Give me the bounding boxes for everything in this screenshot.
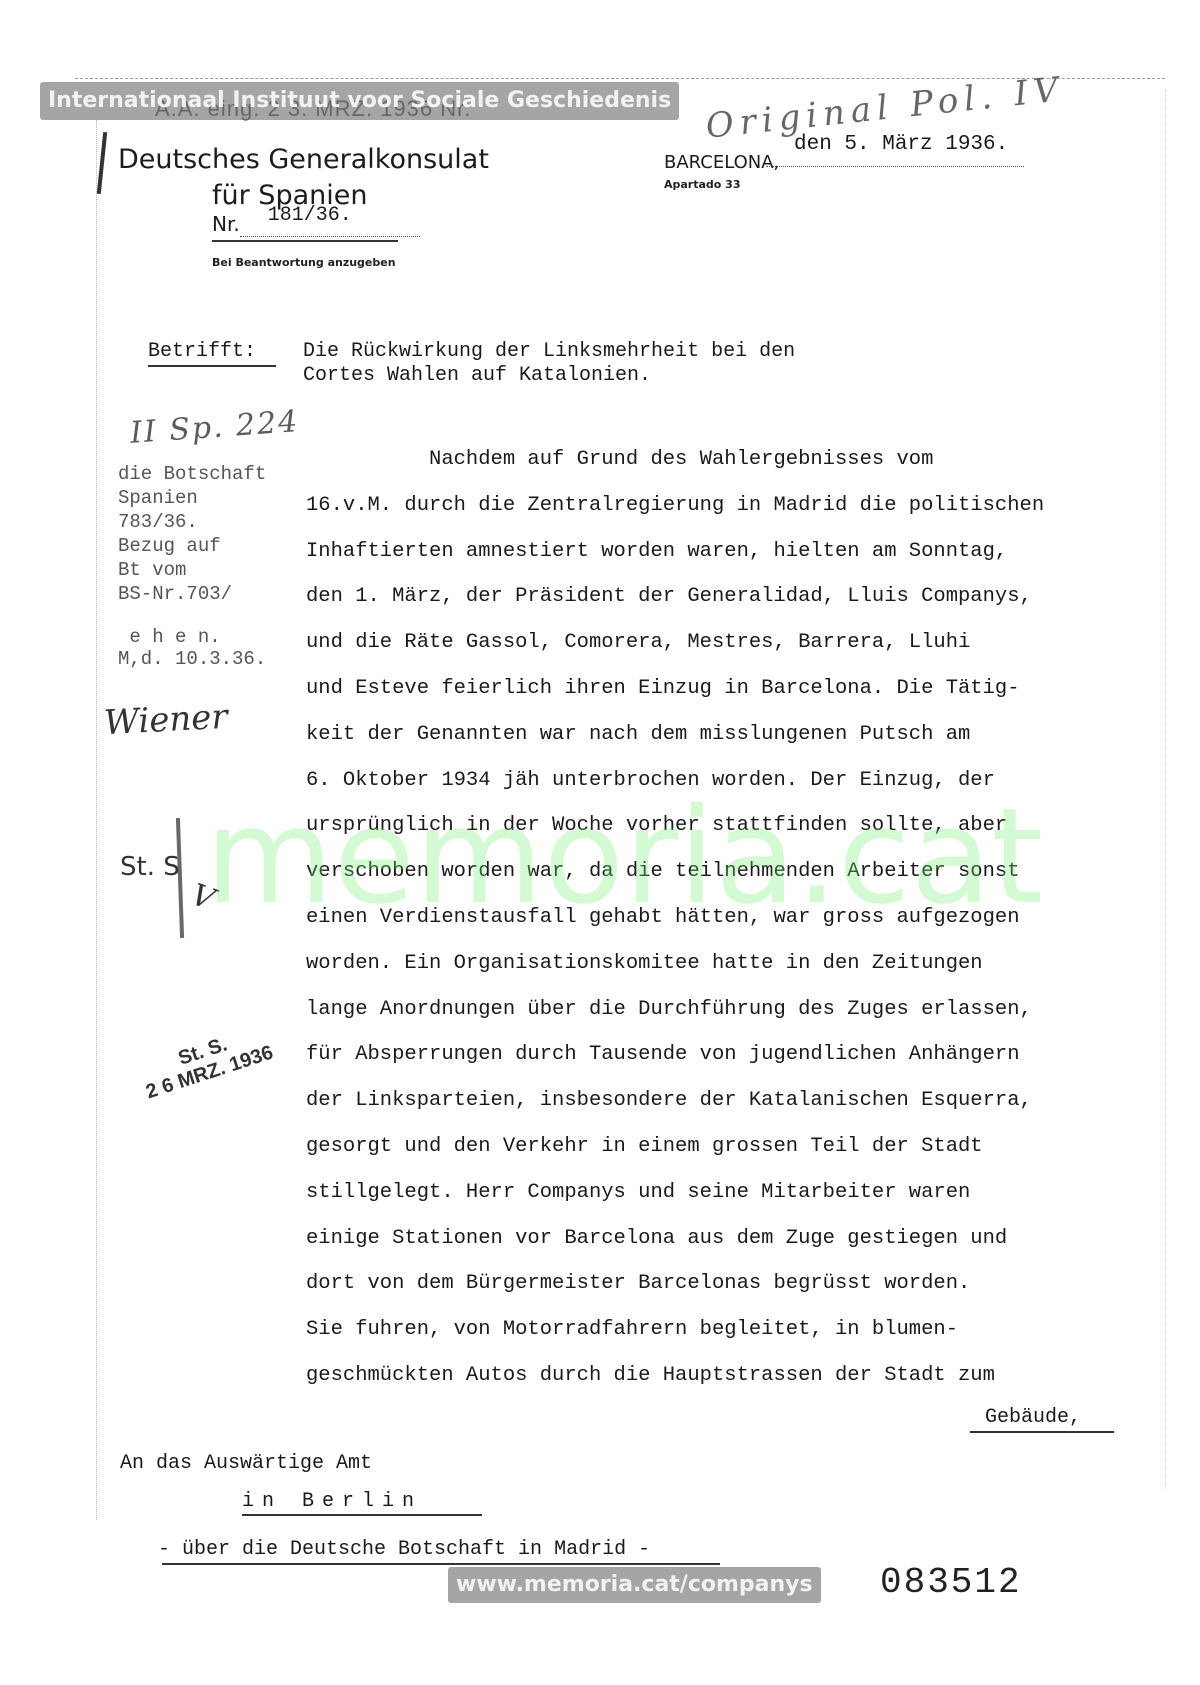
body-line: der Linksparteien, insbesondere der Kata… [306,1078,1166,1124]
letter-date: den 5. März 1936. [794,133,1008,156]
margin-date-stamp: St. S. 2 6 MRZ. 1936 [136,1021,275,1104]
subject-label: Betrifft: [148,340,256,363]
body-line: gesorgt und den Verkehr in einem grossen… [306,1124,1166,1170]
body-line: worden. Ein Organisationskomitee hatte i… [306,941,1166,987]
date-dotted-line [766,166,1024,167]
body-line: Nachdem auf Grund des Wahlergebnisses vo… [306,437,1166,483]
body-line: 6. Oktober 1934 jäh unterbrochen worden.… [306,758,1166,804]
letterhead-bracket-mark [97,132,107,194]
archive-watermark-top: Internationaal Instituut voor Sociale Ge… [40,82,679,120]
body-line: verschoben worden war, da die teilnehmen… [306,849,1166,895]
memoria-url-watermark[interactable]: www.memoria.cat/companys [448,1567,821,1603]
po-box: Apartado 33 [664,178,740,191]
margin-signature: Wiener [103,697,229,743]
body-line: 16.v.M. durch die Zentralregierung in Ma… [306,483,1166,529]
body-line: und die Räte Gassol, Comorera, Mestres, … [306,620,1166,666]
recipient-line-3: - über die Deutsche Botschaft in Madrid … [158,1538,650,1561]
left-page-edge [96,120,97,1520]
reference-hint: Bei Beantwortung anzugeben [212,256,396,269]
body-line: den 1. März, der Präsident der Generalid… [306,574,1166,620]
margin-typed-notes-2: e h e n. M,d. 10.3.36. [118,626,266,670]
body-line: Sie fuhren, von Motorradfahrern begleite… [306,1307,1166,1353]
reference-value: 181/36. [268,204,352,227]
margin-handwritten-reference: II Sp. 224 [129,404,300,451]
body-line: geschmückten Autos durch die Hauptstrass… [306,1353,1166,1399]
continuation-word: Gebäude, [985,1406,1081,1429]
recipient-line-1: An das Auswärtige Amt [120,1452,372,1475]
recipient-line-3-underline [162,1563,720,1565]
margin-paraph-initials: V [187,877,219,917]
reference-dotted-field: 181/36. [240,212,420,237]
body-line: für Absperrungen durch Tausende von juge… [306,1032,1166,1078]
margin-paraph-stroke [176,818,184,938]
reference-underline [212,240,398,242]
document-page: A.A. eing. 2 3. MRZ. 1936 Nr. Internatio… [0,0,1200,1685]
body-line: lange Anordnungen über die Durchführung … [306,987,1166,1033]
body-line: einen Verdienstausfall gehabt hätten, wa… [306,895,1166,941]
letterhead-title: Deutsches Generalkonsulat [118,144,489,175]
place: BARCELONA, [664,152,779,173]
recipient-line-2-underline [242,1514,482,1516]
recipient-line-2: in Berlin [242,1490,422,1513]
reference-label: Nr. [212,212,240,236]
reference-number: Nr.181/36. [212,212,420,237]
subject-text: Die Rückwirkung der Linksmehrheit bei de… [303,340,795,388]
archive-number: 083512 [880,1562,1022,1603]
subject-underline [148,365,276,367]
continuation-underline [970,1431,1114,1433]
body-line: dort von dem Bürgermeister Barcelonas be… [306,1261,1166,1307]
body-line: und Esteve feierlich ihren Einzug in Bar… [306,666,1166,712]
body-line: einige Stationen vor Barcelona aus dem Z… [306,1216,1166,1262]
body-line: ursprünglich in der Woche vorher stattfi… [306,803,1166,849]
body-line: Inhaftierten amnestiert worden waren, hi… [306,529,1166,575]
letter-body: Nachdem auf Grund des Wahlergebnisses vo… [306,437,1166,1399]
body-line: stillgelegt. Herr Companys und seine Mit… [306,1170,1166,1216]
margin-typed-notes: die Botschaft Spanien 783/36. Bezug auf … [118,462,266,606]
margin-st-stamp: St. S [120,852,180,882]
body-line: keit der Genannten war nach dem misslung… [306,712,1166,758]
